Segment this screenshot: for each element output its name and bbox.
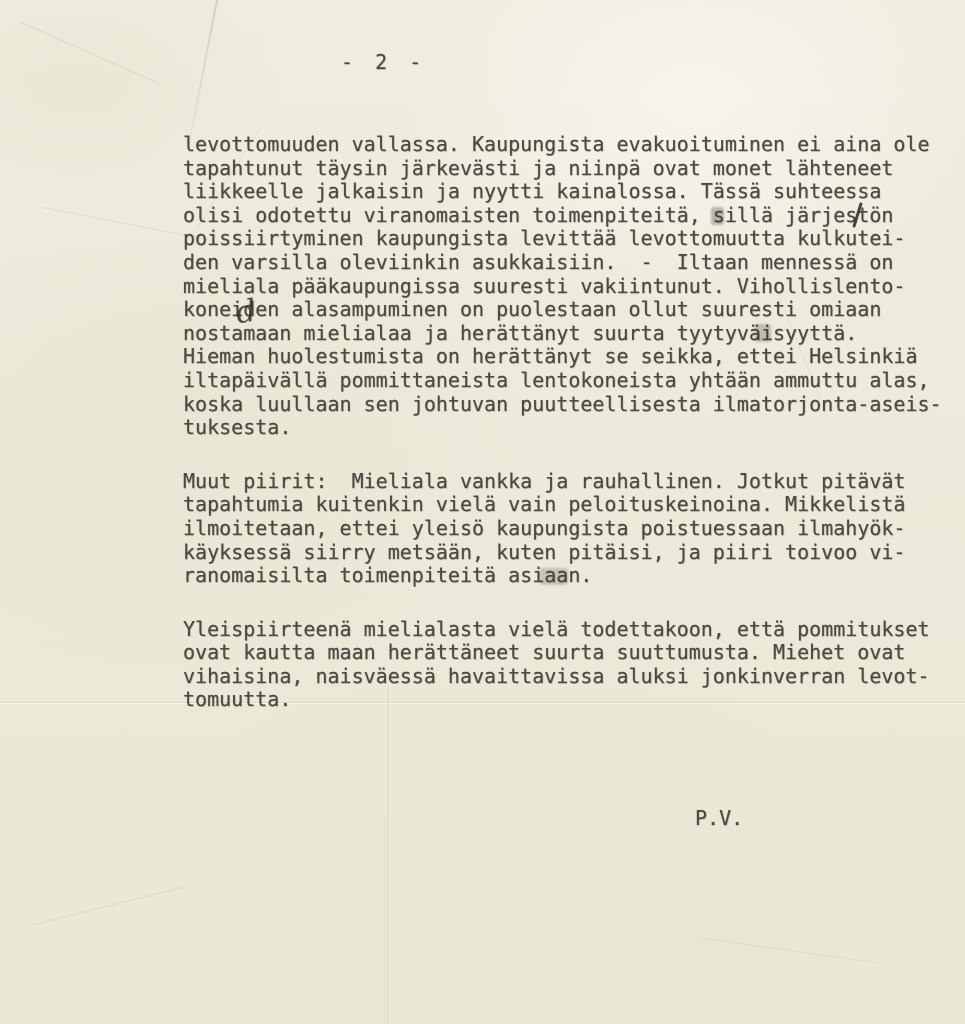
paper-page: - 2 - levottomuuden vallassa. Kaupungist…	[0, 0, 965, 1024]
paragraph-general-remarks: Yleispiirteenä mielialasta vielä todetta…	[183, 618, 955, 712]
paper-crease	[20, 22, 157, 84]
page-number: - 2 -	[341, 50, 426, 74]
paper-crease	[32, 886, 187, 926]
paragraph-helsinki-mood: levottomuuden vallassa. Kaupungista evak…	[183, 133, 955, 440]
paper-crease	[701, 937, 879, 963]
document-text: levottomuuden vallassa. Kaupungista evak…	[183, 133, 955, 742]
paragraph-other-districts: Muut piirit: Mieliala vankka ja rauhalli…	[183, 470, 955, 588]
paper-crease	[189, 0, 220, 141]
signature-initials: P.V.	[695, 806, 743, 830]
